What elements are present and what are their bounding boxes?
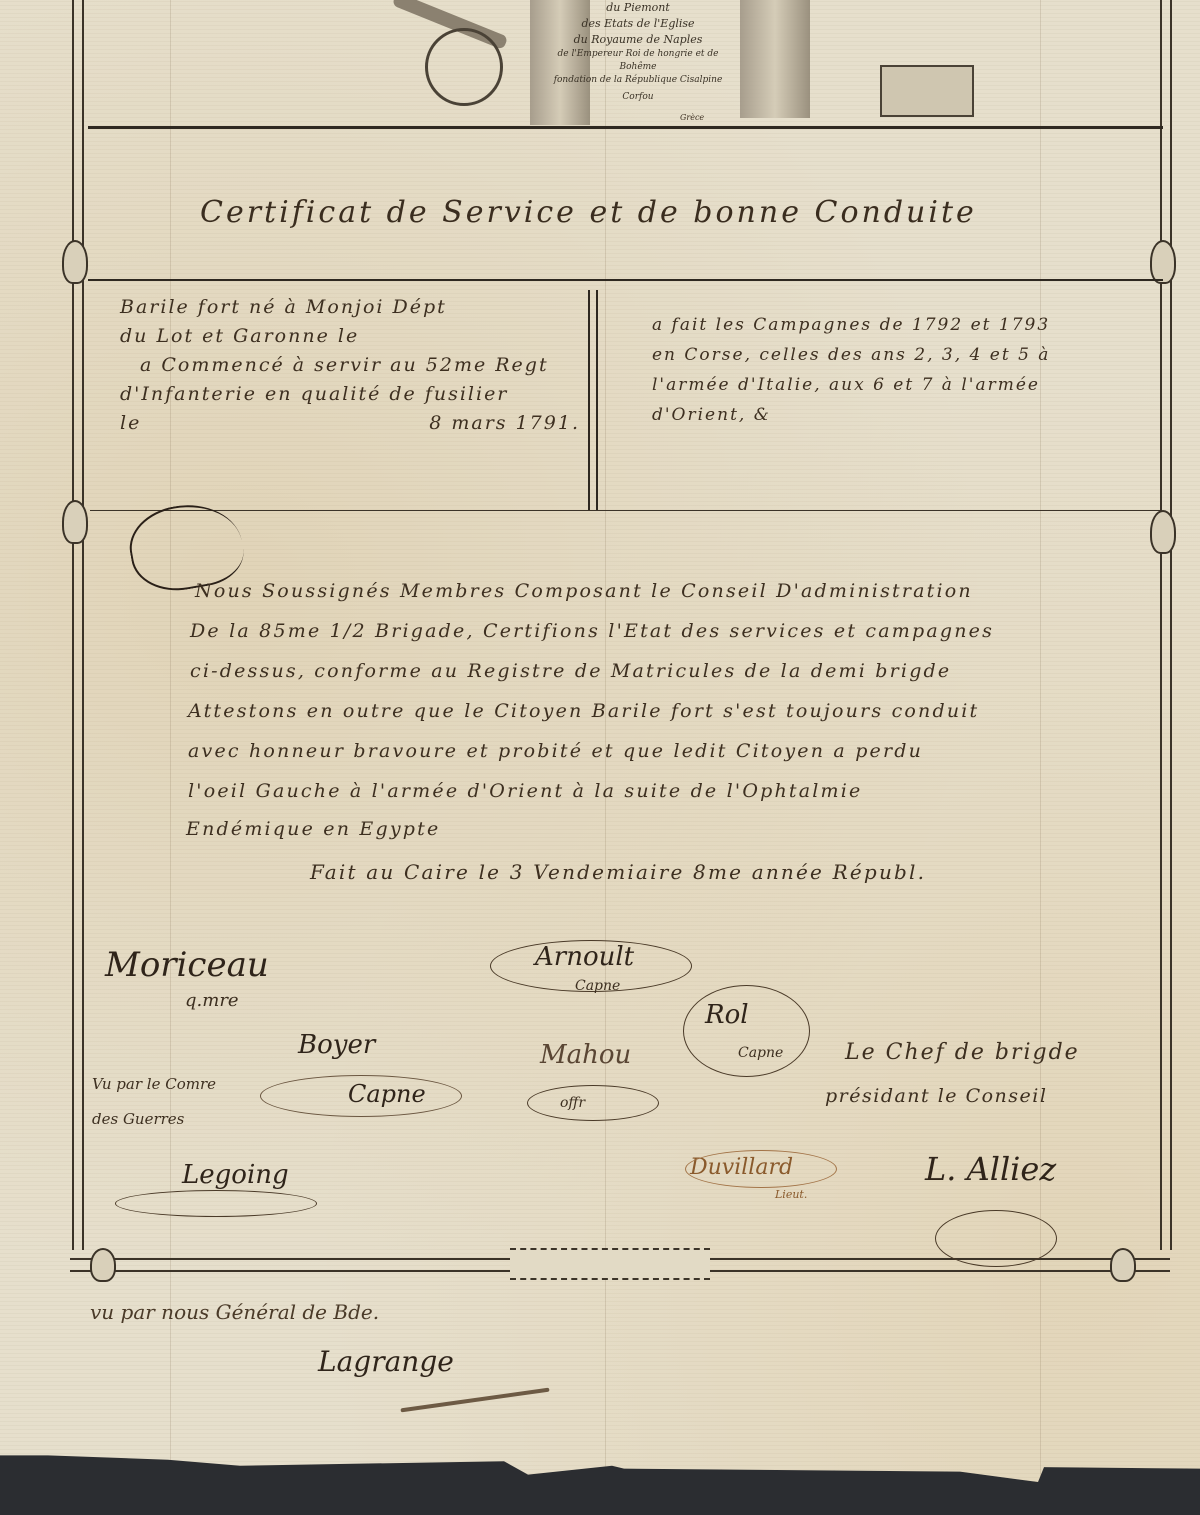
cannon-wheel-icon (425, 28, 503, 106)
service-record-left: Barile fort né à Monjoi Dépt du Lot et G… (120, 293, 580, 438)
certificate-paper: du Piemont des Etats de l'Eglise du Roya… (0, 0, 1200, 1482)
signature-boyer: Boyer (298, 1030, 375, 1060)
signature-arnoult: Arnoult (535, 942, 634, 972)
drum-icon (880, 65, 974, 117)
service-record-right: a fait les Campagnes de 1792 et 1793 en … (652, 310, 1050, 430)
divider (88, 279, 1163, 281)
allegorical-figure-right (740, 0, 810, 118)
signature-rank: Capne (738, 1045, 783, 1061)
signature-flourish (260, 1075, 462, 1117)
record-line: en Corse, celles des ans 2, 3, 4 et 5 à (652, 340, 1050, 370)
tablet-line: du Royaume de Naples (538, 32, 738, 48)
engraved-tablet: du Piemont des Etats de l'Eglise du Roya… (538, 0, 738, 112)
signature-moriceau: Moriceau (105, 945, 269, 985)
signature-rank: Lieut. (775, 1188, 807, 1201)
body-line: ci-dessus, conforme au Registre de Matri… (190, 660, 951, 682)
body-line: Attestons en outre que le Citoyen Barile… (188, 700, 979, 722)
record-line: le (120, 409, 141, 438)
record-line: d'Infanterie en qualité de fusilier (120, 380, 580, 409)
chef-title: présidant le Conseil (825, 1085, 1047, 1107)
record-line: a fait les Campagnes de 1792 et 1793 (652, 310, 1050, 340)
scroll-ornament-icon (1150, 510, 1176, 554)
record-line: a Commencé à servir au 52me Regt (120, 351, 580, 380)
tablet-caption: Corfou (538, 91, 738, 104)
center-ornament (510, 1248, 710, 1280)
signature-flourish (115, 1190, 317, 1217)
signature-flourish (685, 1150, 837, 1188)
signature-mahou: Mahou (540, 1040, 631, 1070)
commissaire-note: Vu par le Comre (92, 1075, 216, 1093)
tablet-line: des Etats de l'Eglise (538, 16, 738, 32)
divider (90, 510, 1160, 511)
body-line: l'oeil Gauche à l'armée d'Orient à la su… (188, 780, 862, 802)
scroll-ornament-icon (62, 500, 88, 544)
signature-rank: q.mre (185, 990, 239, 1011)
corner-ornament-icon (1110, 1248, 1136, 1282)
signature-flourish (935, 1210, 1057, 1267)
corner-ornament-icon (90, 1248, 116, 1282)
signature-rol: Rol (705, 1000, 749, 1030)
commissaire-note: des Guerres (92, 1110, 184, 1128)
signature-stroke (400, 1388, 549, 1413)
record-line: l'armée d'Italie, aux 6 et 7 à l'armée (652, 370, 1050, 400)
body-line: Endémique en Egypte (186, 818, 440, 840)
body-line: avec honneur bravoure et probité et que … (188, 740, 923, 762)
signature-general: Lagrange (318, 1345, 454, 1378)
signature-flourish (683, 985, 810, 1077)
tablet-line: de l'Empereur Roi de hongrie et de Bohêm… (538, 48, 738, 74)
tablet-line: du Piemont (538, 0, 738, 16)
record-line: Barile fort né à Monjoi Dépt (120, 293, 580, 322)
date-line: Fait au Caire le 3 Vendemiaire 8me année… (310, 860, 926, 884)
ornamental-border-left (72, 0, 84, 1250)
signature-chef: L. Alliez (925, 1150, 1056, 1188)
signature-commissaire: Legoing (182, 1160, 289, 1190)
ornamental-border-right (1160, 0, 1172, 1250)
body-line: Nous Soussignés Membres Composant le Con… (195, 580, 973, 602)
record-line: du Lot et Garonne le (120, 322, 580, 351)
signature-flourish (527, 1085, 659, 1121)
record-line: d'Orient, & (652, 400, 1050, 430)
scroll-ornament-icon (62, 240, 88, 284)
column-divider (588, 290, 598, 510)
engraving-caption: Grèce (680, 113, 704, 122)
scroll-ornament-icon (1150, 240, 1176, 284)
tablet-line: fondation de la République Cisalpine (538, 74, 738, 87)
signature-rank: Capne (575, 978, 620, 994)
general-note: vu par nous Général de Bde. (90, 1300, 379, 1324)
enlistment-date: 8 mars 1791. (429, 409, 580, 438)
chef-title: Le Chef de brigde (845, 1040, 1080, 1065)
body-line: De la 85me 1/2 Brigade, Certifions l'Eta… (190, 620, 994, 642)
divider (88, 126, 1163, 129)
certificate-title: Certificat de Service et de bonne Condui… (200, 195, 977, 230)
